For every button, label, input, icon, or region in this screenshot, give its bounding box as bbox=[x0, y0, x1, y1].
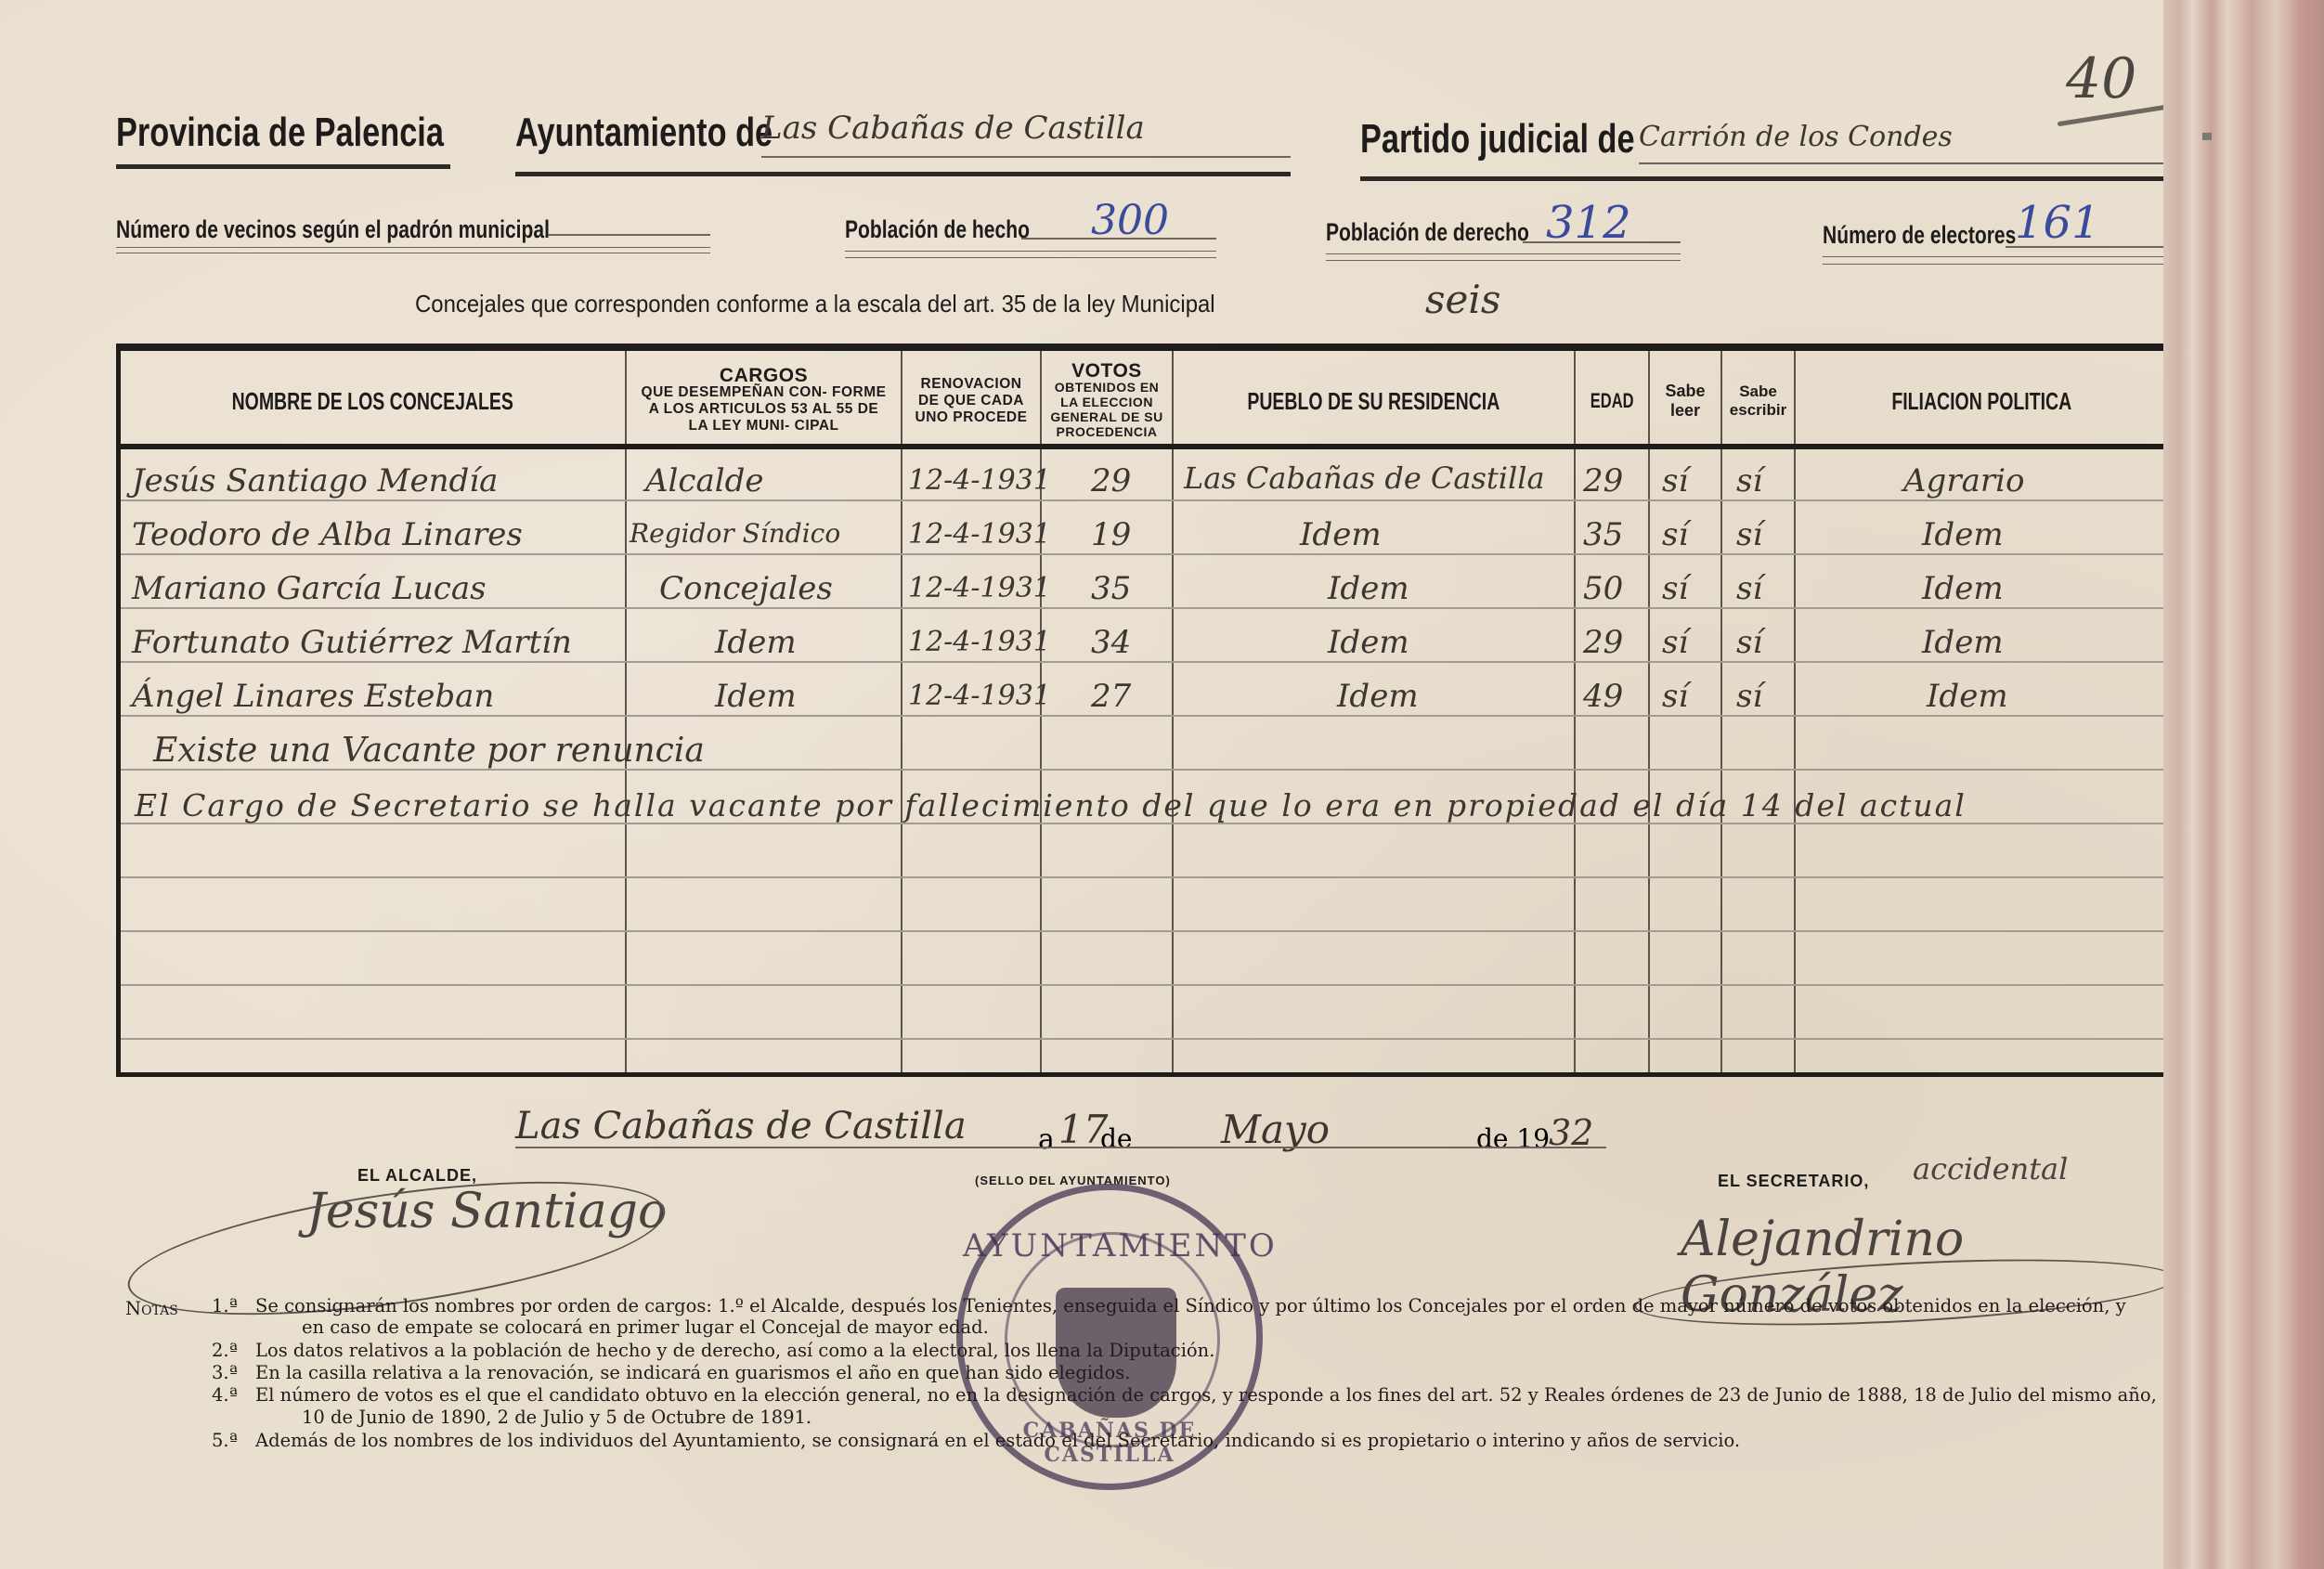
header-cargos-sub: QUE DESEMPEÑAN CON- FORME A LOS ARTICULO… bbox=[639, 384, 889, 434]
cell-filiacion: Idem bbox=[1922, 624, 2004, 661]
cell-filiacion: Idem bbox=[1922, 570, 2004, 607]
poblacion-hecho-rule-2 bbox=[845, 257, 1216, 258]
cell-renovacion: 12-4-1931 bbox=[908, 572, 1051, 604]
electores-label: Número de electores bbox=[1823, 221, 2016, 250]
cell-cargo: Idem bbox=[715, 678, 797, 715]
nota-1-text: Se consignarán los nombres por orden de … bbox=[255, 1295, 2126, 1316]
cell-pueblo: Idem bbox=[1300, 516, 1382, 553]
header-filiacion: FILIACION POLITICA bbox=[1796, 358, 2167, 444]
page-number: 40 bbox=[2066, 46, 2136, 111]
binding-tab bbox=[2202, 133, 2212, 140]
cell-edad: 50 bbox=[1583, 570, 1623, 607]
date-year-prefix: de 19 bbox=[1476, 1123, 1550, 1154]
nota-4-cont: 10 de Junio de 1890, 2 de Julio y 5 de O… bbox=[302, 1407, 811, 1428]
row-rule bbox=[121, 876, 2163, 878]
nota-3-text: En la casilla relativa a la renovación, … bbox=[255, 1362, 1130, 1383]
col-divider bbox=[625, 351, 627, 1072]
cell-votos: 19 bbox=[1091, 516, 1131, 553]
poblacion-derecho-rule-1 bbox=[1326, 253, 1681, 254]
cell-leer: sí bbox=[1662, 678, 1688, 715]
sello-label: (SELLO DEL AYUNTAMIENTO) bbox=[975, 1174, 1171, 1187]
header-nombre-text: NOMBRE DE LOS CONCEJALES bbox=[232, 387, 513, 416]
cell-nombre: Teodoro de Alba Linares bbox=[132, 516, 523, 553]
ayuntamiento-fill-line bbox=[761, 156, 1291, 158]
cell-filiacion: Agrario bbox=[1903, 462, 2024, 499]
cell-votos: 34 bbox=[1091, 624, 1131, 661]
cell-leer: sí bbox=[1662, 516, 1688, 553]
nota-2-text: Los datos relativos a la población de he… bbox=[255, 1340, 1214, 1361]
cell-renovacion: 12-4-1931 bbox=[908, 680, 1051, 712]
cell-pueblo: Las Cabañas de Castilla bbox=[1184, 460, 1545, 496]
partido-value: Carrión de los Condes bbox=[1639, 121, 1953, 153]
nota-2-num: 2.ª bbox=[212, 1340, 238, 1361]
poblacion-hecho-fill-line bbox=[1021, 238, 1216, 240]
cell-leer: sí bbox=[1662, 570, 1688, 607]
date-place: Las Cabañas de Castilla bbox=[515, 1105, 967, 1148]
header-sabe-escribir: Sabe escribir bbox=[1722, 358, 1794, 444]
col-divider bbox=[1648, 351, 1650, 1072]
cell-nombre: Mariano García Lucas bbox=[132, 570, 487, 607]
vecinos-rule-1 bbox=[116, 247, 710, 248]
nota-1-cont: en caso de empate se colocará en primer … bbox=[302, 1316, 989, 1338]
nota-3-num: 3.ª bbox=[212, 1362, 238, 1383]
cell-votos: 27 bbox=[1091, 678, 1131, 715]
ayuntamiento-label: Ayuntamiento de bbox=[515, 110, 773, 156]
concejales-table: NOMBRE DE LOS CONCEJALES CARGOS QUE DESE… bbox=[116, 344, 2168, 1077]
nota-1-num: 1.ª bbox=[212, 1295, 238, 1316]
partido-label: Partido judicial de bbox=[1360, 116, 1635, 162]
header-sabe-leer: Sabe leer bbox=[1650, 358, 1720, 444]
cell-pueblo: Idem bbox=[1328, 624, 1409, 661]
poblacion-derecho-fill-line bbox=[1523, 241, 1681, 243]
concejales-value: seis bbox=[1425, 277, 1500, 322]
cell-leer: sí bbox=[1662, 624, 1688, 661]
cell-pueblo: Idem bbox=[1337, 678, 1419, 715]
cell-renovacion: 12-4-1931 bbox=[908, 464, 1051, 497]
nota-4-num: 4.ª bbox=[212, 1384, 238, 1406]
row-rule bbox=[121, 607, 2163, 609]
vecinos-fill-line bbox=[548, 234, 710, 236]
header-edad: EDAD bbox=[1576, 358, 1648, 444]
header-votos: VOTOS OBTENIDOS EN LA ELECCION GENERAL D… bbox=[1042, 358, 1172, 444]
cell-nombre: Jesús Santiago Mendía bbox=[132, 462, 498, 499]
ayuntamiento-underline bbox=[515, 172, 1291, 176]
document-page: 40 Provincia de Palencia Ayuntamiento de… bbox=[0, 0, 2163, 1569]
cell-nombre: Ángel Linares Esteban bbox=[132, 678, 494, 715]
secretario-annotation: accidental bbox=[1913, 1151, 2068, 1186]
header-votos-sub: OBTENIDOS EN LA ELECCION GENERAL DE SU P… bbox=[1045, 380, 1168, 439]
cell-cargo: Concejales bbox=[659, 570, 833, 607]
partido-underline bbox=[1360, 176, 2168, 181]
row-rule bbox=[121, 715, 2163, 717]
cell-edad: 49 bbox=[1583, 678, 1623, 715]
secretario-label: EL SECRETARIO, bbox=[1718, 1172, 1869, 1191]
provincia-label: Provincia de Palencia bbox=[116, 110, 444, 156]
cell-cargo: Regidor Síndico bbox=[630, 518, 840, 549]
table-note-vacante: Existe una Vacante por renuncia bbox=[153, 732, 705, 770]
date-fill-line bbox=[515, 1147, 1606, 1148]
table-note-secretario: El Cargo de Secretario se halla vacante … bbox=[135, 787, 1967, 823]
cell-escribir: sí bbox=[1736, 462, 1762, 499]
poblacion-derecho-label: Población de derecho bbox=[1326, 218, 1529, 247]
row-rule bbox=[121, 930, 2163, 932]
col-divider bbox=[1574, 351, 1576, 1072]
col-divider bbox=[901, 351, 902, 1072]
cell-escribir: sí bbox=[1736, 516, 1762, 553]
electores-rule-2 bbox=[1823, 264, 2168, 265]
partido-fill-line bbox=[1639, 162, 2168, 164]
col-divider bbox=[1172, 351, 1174, 1072]
header-votos-title: VOTOS bbox=[1071, 363, 1142, 380]
nota-5-text: Además de los nombres de los individuos … bbox=[255, 1430, 1740, 1451]
date-a-label: a bbox=[1038, 1123, 1055, 1156]
row-rule bbox=[121, 984, 2163, 986]
col-divider bbox=[1720, 351, 1722, 1072]
date-month: Mayo bbox=[1221, 1107, 1330, 1152]
header-cargos: CARGOS QUE DESEMPEÑAN CON- FORME A LOS A… bbox=[627, 358, 901, 444]
col-divider bbox=[1794, 351, 1796, 1072]
cell-edad: 29 bbox=[1583, 462, 1623, 499]
concejales-label: Concejales que corresponden conforme a l… bbox=[415, 290, 1215, 318]
ayuntamiento-value: Las Cabañas de Castilla bbox=[761, 110, 1145, 147]
electores-value: 161 bbox=[2015, 197, 2100, 249]
cell-pueblo: Idem bbox=[1328, 570, 1409, 607]
poblacion-derecho-rule-2 bbox=[1326, 260, 1681, 261]
vecinos-rule-2 bbox=[116, 253, 710, 253]
cell-edad: 35 bbox=[1583, 516, 1623, 553]
poblacion-hecho-rule-1 bbox=[845, 251, 1216, 252]
provincia-underline bbox=[116, 164, 450, 169]
alcalde-label: EL ALCALDE, bbox=[357, 1166, 477, 1186]
row-rule bbox=[121, 553, 2163, 555]
header-cargos-title: CARGOS bbox=[720, 368, 808, 384]
cell-filiacion: Idem bbox=[1922, 516, 2004, 553]
header-renovacion: RENOVACION DE QUE CADA UNO PROCEDE bbox=[902, 358, 1040, 444]
header-sabe-leer-text: Sabe leer bbox=[1663, 382, 1707, 421]
header-nombre: NOMBRE DE LOS CONCEJALES bbox=[121, 358, 625, 444]
cell-cargo: Alcalde bbox=[645, 462, 764, 499]
date-de-label: de bbox=[1100, 1123, 1133, 1154]
ledger-binding-edge bbox=[2163, 0, 2324, 1569]
header-pueblo-text: PUEBLO DE SU RESIDENCIA bbox=[1248, 387, 1500, 416]
cell-renovacion: 12-4-1931 bbox=[908, 518, 1051, 551]
cell-edad: 29 bbox=[1583, 624, 1623, 661]
header-pueblo: PUEBLO DE SU RESIDENCIA bbox=[1174, 358, 1574, 444]
electores-fill-line bbox=[2006, 246, 2168, 248]
poblacion-hecho-label: Población de hecho bbox=[845, 215, 1030, 244]
stamp-top-text: AYUNTAMIENTO bbox=[963, 1227, 1256, 1264]
electores-rule-1 bbox=[1823, 256, 2168, 257]
row-rule bbox=[121, 661, 2163, 663]
cell-leer: sí bbox=[1662, 462, 1688, 499]
vecinos-label: Número de vecinos según el padrón munici… bbox=[116, 215, 550, 244]
row-rule bbox=[121, 1038, 2163, 1040]
cell-renovacion: 12-4-1931 bbox=[908, 626, 1051, 658]
cell-votos: 35 bbox=[1091, 570, 1131, 607]
nota-4-text: El número de votos es el que el candidat… bbox=[255, 1384, 2157, 1406]
header-sabe-escribir-text: Sabe escribir bbox=[1730, 383, 1786, 420]
cell-escribir: sí bbox=[1736, 570, 1762, 607]
header-edad-text: EDAD bbox=[1590, 389, 1634, 413]
cell-nombre: Fortunato Gutiérrez Martín bbox=[132, 624, 572, 661]
nota-5-num: 5.ª bbox=[212, 1430, 238, 1451]
header-rule bbox=[121, 444, 2163, 449]
header-renovacion-text: RENOVACION DE QUE CADA UNO PROCEDE bbox=[908, 376, 1034, 426]
cell-filiacion: Idem bbox=[1927, 678, 2008, 715]
notas-label: Notas bbox=[125, 1298, 178, 1319]
cell-votos: 29 bbox=[1091, 462, 1131, 499]
cell-cargo: Idem bbox=[715, 624, 797, 661]
row-rule bbox=[121, 499, 2163, 501]
cell-escribir: sí bbox=[1736, 678, 1762, 715]
cell-escribir: sí bbox=[1736, 624, 1762, 661]
header-filiacion-text: FILIACION POLITICA bbox=[1891, 387, 2071, 416]
